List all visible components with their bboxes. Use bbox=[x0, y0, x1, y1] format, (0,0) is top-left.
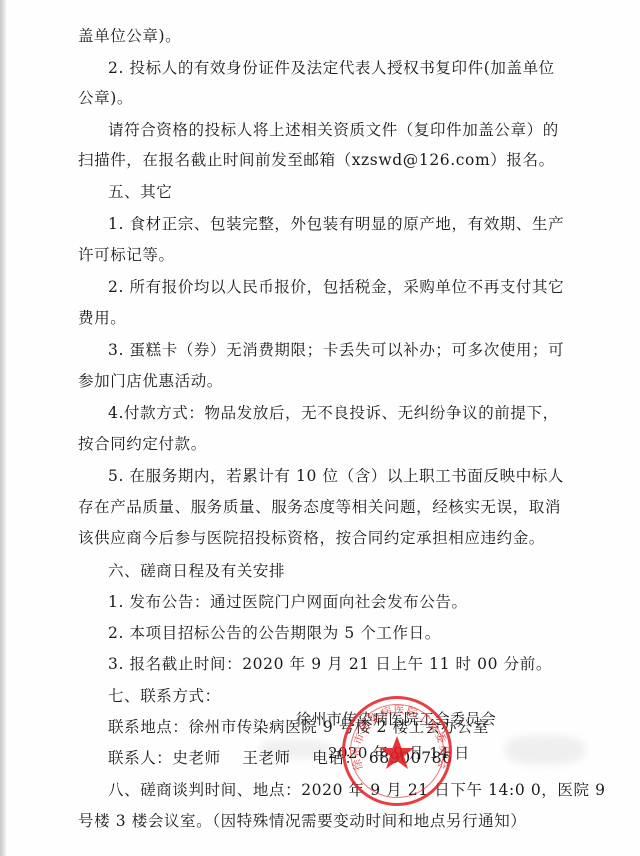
svg-text:徐州市传染病医院工会委员会: 徐州市传染病医院工会委员会 bbox=[350, 703, 451, 771]
text-line: 扫描件，在报名截止时间前发至邮箱（xzswd@126.com）报名。 bbox=[78, 150, 555, 170]
text-line: 许可标记等。 bbox=[78, 245, 175, 265]
page-fold-shadow bbox=[0, 0, 6, 856]
text-line: 2. 所有报价均以人民币报价，包括税金，采购单位不再支付其它 bbox=[108, 277, 564, 297]
document-page: 盖单位公章)。2. 投标人的有效身份证件及法定代表人授权书复印件(加盖单位公章)… bbox=[0, 0, 640, 856]
text-line: 该供应商今后参与医院招投标资格，按合同约定承担相应违约金。 bbox=[78, 528, 545, 548]
text-line: 号楼 3 楼会议室。（因特殊情况需要变动时间和地点另行通知） bbox=[78, 811, 526, 831]
official-red-stamp: 徐州市传染病医院工会委员会 bbox=[342, 696, 452, 806]
text-line: 请符合资格的投标人将上述相关资质文件（复印件加盖公章）的 bbox=[108, 120, 559, 140]
text-line: 公章)。 bbox=[78, 88, 133, 108]
text-line: 盖单位公章)。 bbox=[78, 26, 181, 46]
text-line: 五、其它 bbox=[108, 182, 172, 202]
stamp-arc-text: 徐州市传染病医院工会委员会 bbox=[345, 699, 455, 809]
text-line: 参加门店优惠活动。 bbox=[78, 371, 223, 391]
text-line: 4.付款方式：物品发放后，无不良投诉、无纠纷争议的前提下， bbox=[108, 403, 559, 423]
text-line: 1. 发布公告：通过医院门户网面向社会发布公告。 bbox=[108, 592, 468, 612]
text-line: 2. 投标人的有效身份证件及法定代表人授权书复印件(加盖单位 bbox=[108, 58, 555, 78]
scan-smudge bbox=[505, 735, 585, 765]
text-line: 按合同约定付款。 bbox=[78, 434, 207, 454]
text-line: 存在产品质量、服务质量、服务态度等相关问题，经核实无误，取消 bbox=[78, 497, 561, 517]
text-line: 费用。 bbox=[78, 308, 126, 328]
text-line: 3. 蛋糕卡（券）无消费期限；卡丢失可以补办；可多次使用；可 bbox=[108, 340, 564, 360]
text-line: 七、联系方式： bbox=[108, 686, 221, 706]
text-line: 2. 本项目招标公告的公告期限为 5 个工作日。 bbox=[108, 623, 441, 643]
text-line: 3. 报名截止时间：2020 年 9 月 21 日上午 11 时 00 分前。 bbox=[108, 654, 552, 674]
text-line: 5. 在服务期内，若累计有 10 位（含）以上职工书面反映中标人 bbox=[108, 466, 564, 486]
text-line: 六、磋商日程及有关安排 bbox=[108, 561, 285, 581]
text-line: 1. 食材正宗、包装完整，外包装有明显的原产地，有效期、生产 bbox=[108, 214, 564, 234]
